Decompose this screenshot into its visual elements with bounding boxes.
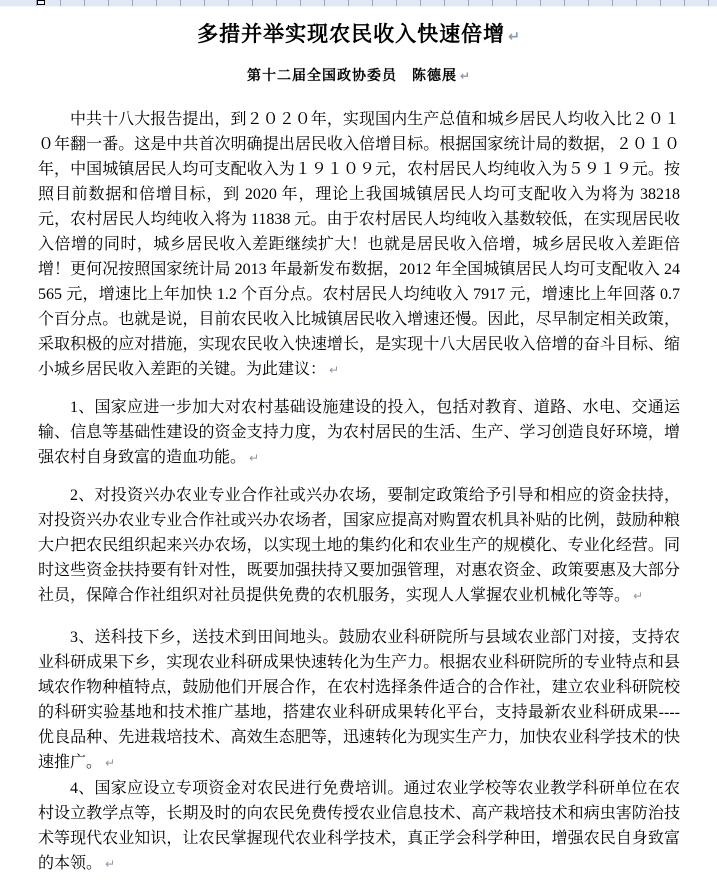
paragraph-mark-icon: ↵ — [246, 451, 259, 465]
document-title: 多措并举实现农民收入快速倍增↵ — [38, 19, 680, 52]
document-byline-text: 第十二届全国政协委员 陈德展 — [247, 69, 457, 84]
paragraph-item-2[interactable]: 2、对投资兴办农业专业合作社或兴办农场，要制定政策给予引导和相应的资金扶持，对投… — [38, 483, 680, 609]
paragraph-text: 1、国家应进一步加大对农村基础设施建设的投入，包括对教育、道路、水电、交通运输、… — [38, 399, 680, 466]
paragraph-item-1[interactable]: 1、国家应进一步加大对农村基础设施建设的投入，包括对教育、道路、水电、交通运输、… — [38, 395, 680, 471]
ruler-indent-marker[interactable] — [37, 0, 45, 5]
document-body: 中共十八大报告提出，到２０２０年，实现国内生产总值和城乡居民人均收入比２０１０年… — [38, 107, 680, 877]
paragraph-text: 中共十八大报告提出，到２０２０年，实现国内生产总值和城乡居民人均收入比２０１０年… — [38, 111, 680, 378]
document-page: 多措并举实现农民收入快速倍增↵ 第十二届全国政协委员 陈德展↵ 中共十八大报告提… — [0, 7, 717, 887]
paragraph-intro[interactable]: 中共十八大报告提出，到２０２０年，实现国内生产总值和城乡居民人均收入比２０１０年… — [38, 107, 680, 383]
paragraph-item-4[interactable]: 4、国家应设立专项资金对农民进行免费培训。通过农业学校等农业教学科研单位在农村设… — [38, 776, 680, 877]
paragraph-mark-icon: ↵ — [505, 29, 521, 45]
horizontal-ruler[interactable] — [0, 0, 717, 7]
paragraph-text: 3、送科技下乡，送技术到田间地头。鼓励农业科研院所与县域农业部门对接，支持农业科… — [38, 629, 680, 771]
paragraph-mark-icon: ↵ — [630, 589, 643, 603]
paragraph-mark-icon: ↵ — [102, 756, 115, 770]
paragraph-mark-icon: ↵ — [102, 857, 115, 871]
paragraph-mark-icon: ↵ — [457, 69, 471, 83]
paragraph-mark-icon: ↵ — [326, 363, 339, 377]
paragraph-text: 4、国家应设立专项资金对农民进行免费培训。通过农业学校等农业教学科研单位在农村设… — [38, 780, 680, 872]
document-byline: 第十二届全国政协委员 陈德展↵ — [38, 66, 680, 87]
paragraph-item-3[interactable]: 3、送科技下乡，送技术到田间地头。鼓励农业科研院所与县域农业部门对接，支持农业科… — [38, 625, 680, 776]
paragraph-text: 2、对投资兴办农业专业合作社或兴办农场，要制定政策给予引导和相应的资金扶持，对投… — [38, 487, 680, 604]
document-title-text: 多措并举实现农民收入快速倍增 — [197, 22, 505, 46]
